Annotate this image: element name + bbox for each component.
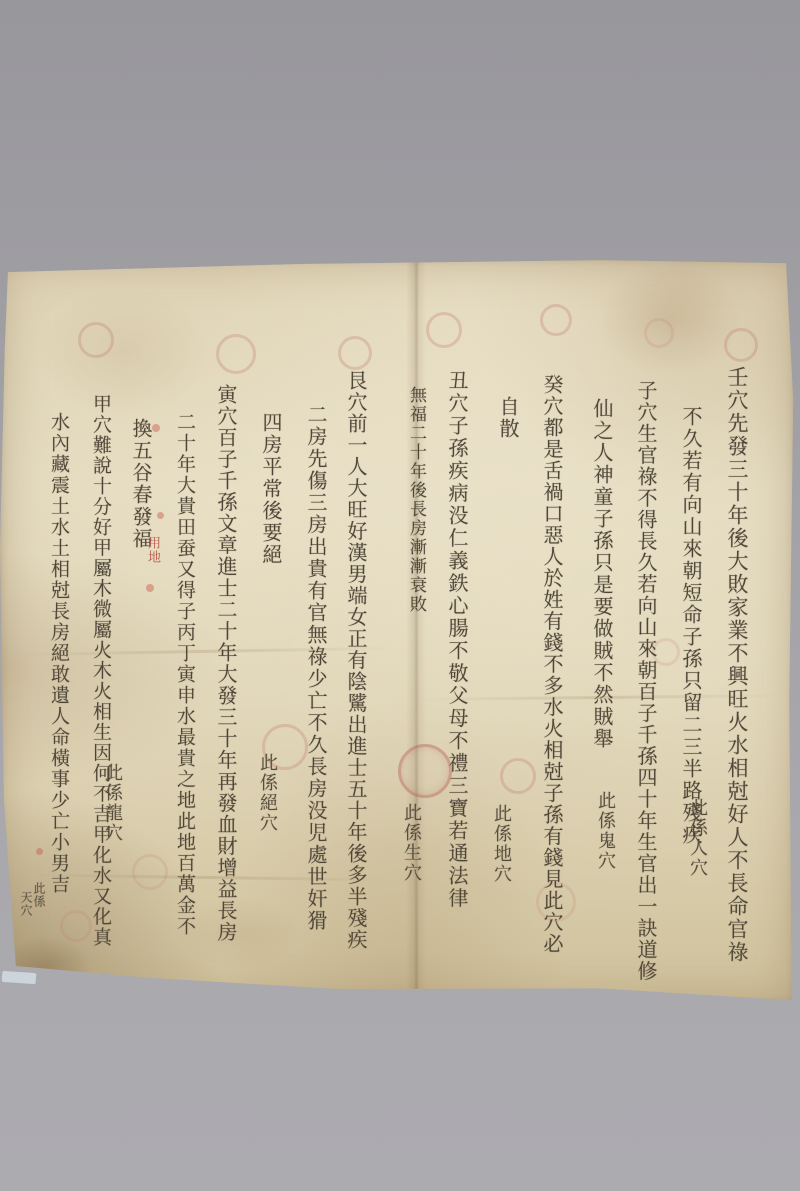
text-column-gui-point: 癸穴都是舌禍口惡人於姓有錢不多水火相尅子孫有錢見此穴必	[538, 374, 567, 955]
text-column-ren-point: 壬穴先發三十年後大敗家業不興旺火水相尅好人不長命官祿	[722, 366, 752, 964]
paper-stain	[0, 938, 90, 998]
stain-ring	[500, 758, 536, 794]
paper-stain	[600, 264, 740, 374]
annotation-dragon-point: 此係龍穴	[99, 763, 125, 843]
text-column-zi-point: 子穴生官祿不得長久若向山來朝百子千孫四十年生官出一訣道修	[632, 380, 661, 982]
paper-crease	[30, 873, 390, 881]
text-column-jia-point: 甲穴難說十分好甲屬木微屬火木火相生因何不吉甲化水又化真	[88, 394, 115, 948]
stain-ring	[78, 322, 114, 358]
text-column-yin-point: 寅穴百子千孫文章進士二十年大發三十年再發血財增益長房	[212, 384, 241, 943]
text-column-chou-point: 丑穴子孫疾病没仁義鉄心腸不敬父母不禮三寶若通法律	[443, 370, 472, 910]
stain-ring	[540, 304, 572, 336]
red-mark-dot	[157, 512, 164, 519]
stain-ring	[426, 312, 462, 348]
red-mark-dot	[146, 584, 154, 592]
stain-ring	[338, 336, 372, 370]
text-column-jia-cont: 水內藏震土水土相尅長房絕敢遺人命橫事少亡小男吉	[46, 412, 73, 895]
red-mark-dot	[36, 848, 43, 855]
text-column-yin-cont: 二十年大貴田蚕又得子丙丁寅申水最貴之地此地百萬金不	[172, 412, 199, 937]
text-column-yin-cont2: 換五谷春發福	[127, 418, 156, 550]
annotation-red-yongdi: 用地	[143, 536, 162, 564]
annotation-life-point: 此係生穴	[398, 803, 424, 883]
paper-stain	[40, 288, 210, 418]
text-column-zi-cont: 仙之人神童子孫只是要做賊不然賊舉	[588, 398, 617, 750]
text-column-ren-cont: 不久若有向山來朝短命子孫只留二三半路殘疾	[677, 406, 706, 846]
text-column-gui-cont: 自散	[494, 396, 523, 440]
manuscript-paper: 壬穴先發三十年後大敗家業不興旺火水相尅好人不長命官祿 不久若有向山來朝短命子孫只…	[0, 258, 794, 1004]
text-column-gen-point: 艮穴前一人大旺好漢男端女正有陰騭出進士五十年後多半殘疾	[342, 370, 371, 951]
annotation-earth-point: 此係地穴	[488, 804, 514, 884]
text-column-gen-cont: 二房先傷三房出貴有官無祿少亡不久長房没児處世奸猾	[302, 404, 331, 932]
annotation-human-point: 此係人穴	[684, 798, 710, 878]
text-column-gen-cont2: 四房平常後要絕	[257, 412, 286, 566]
text-column-chou-cont: 無福二十年後長房漸漸衰敗	[404, 386, 429, 614]
annotation-heaven-point-part2: 天穴	[18, 891, 35, 917]
page-fold	[406, 258, 426, 1004]
manuscript-photo: { "manuscript": { "ink_color": "#4e4537"…	[0, 0, 800, 1191]
annotation-ghost-point: 此係鬼穴	[592, 791, 618, 871]
annotation-cutoff-point: 此係絕穴	[254, 753, 280, 833]
stain-ring	[216, 334, 256, 374]
under-page-sliver	[2, 971, 37, 984]
stain-ring	[724, 328, 758, 362]
stain-ring	[132, 854, 168, 890]
stain-ring	[644, 318, 674, 348]
